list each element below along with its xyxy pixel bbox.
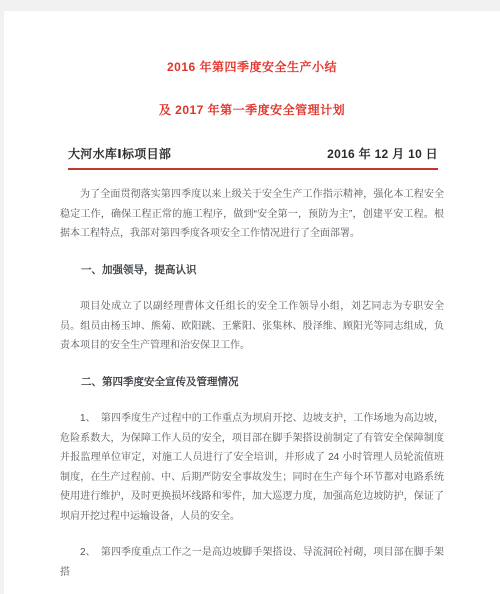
section-2-item-2-paragraph: 2、 第四季度重点工作之一是高边坡脚手架搭设、导流洞砼衬砌，项目部在脚手架搭: [60, 543, 444, 582]
document-page: 2016 年第四季度安全生产小结 及 2017 年第一季度安全管理计划 大河水库…: [4, 11, 500, 594]
document-date: 2016 年 12 月 10 日: [327, 145, 438, 162]
section-2-heading: 二、第四季度安全宣传及管理情况: [60, 373, 444, 393]
section-1-paragraph: 项目处成立了以副经理曹体文任组长的安全工作领导小组，刘艺同志为专职安全员。组员由…: [60, 297, 444, 356]
intro-paragraph: 为了全面贯彻落实第四季度以来上级关于安全生产工作指示精神，强化本工程安全稳定工作…: [60, 185, 444, 244]
project-department-name: 大河水库Ⅰ标项目部: [68, 145, 171, 162]
document-header: 大河水库Ⅰ标项目部 2016 年 12 月 10 日: [68, 145, 438, 170]
document-title-line-1: 2016 年第四季度安全生产小结: [4, 58, 500, 75]
document-title-line-2: 及 2017 年第一季度安全管理计划: [4, 101, 500, 118]
section-2-item-1-paragraph: 1、 第四季度生产过程中的工作重点为坝肩开挖、边坡支护，工作场地为高边坡，危险系…: [60, 409, 444, 526]
document-body: 为了全面贯彻落实第四季度以来上级关于安全生产工作指示精神，强化本工程安全稳定工作…: [60, 185, 444, 582]
section-1-heading: 一、加强领导，提高认识: [60, 261, 444, 281]
